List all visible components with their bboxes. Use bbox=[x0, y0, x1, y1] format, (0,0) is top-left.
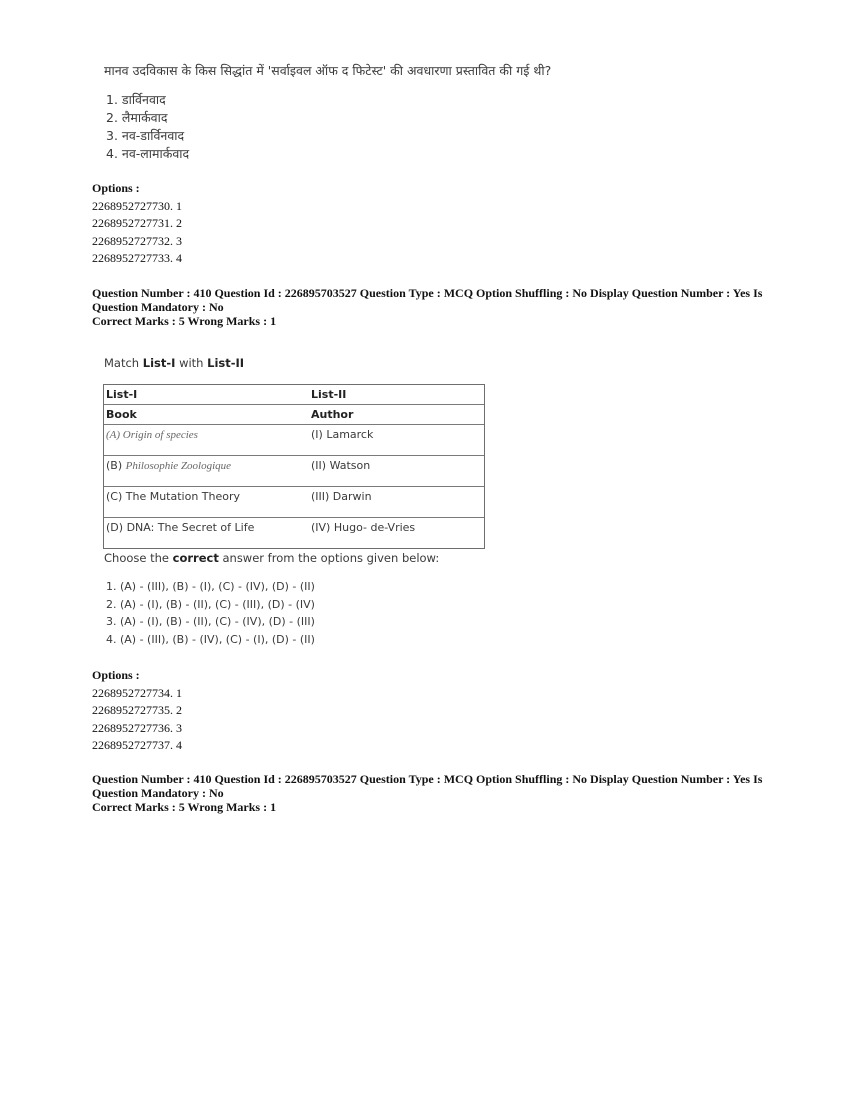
table-cell: (II) Watson bbox=[311, 459, 370, 472]
table-cell: (B) Philosophie Zoologique bbox=[106, 459, 231, 472]
table-header-row: List-I List-II bbox=[104, 385, 484, 404]
choice-item: 3. नव-डार्विनवाद bbox=[106, 127, 189, 145]
choice-item: 1. डार्विनवाद bbox=[106, 91, 189, 109]
question-1-choices: 1. डार्विनवाद 2. लैमार्कवाद 3. नव-डार्वि… bbox=[106, 91, 189, 163]
book-title: Philosophie Zoologique bbox=[126, 460, 231, 472]
question-2-title: Match List-I with List-II bbox=[104, 356, 244, 370]
book-title: The Mutation Theory bbox=[126, 490, 240, 503]
question-meta-line: Question Number : 410 Question Id : 2268… bbox=[92, 773, 772, 800]
choice-item: 4. नव-लामार्कवाद bbox=[106, 145, 189, 163]
choose-instruction: Choose the correct answer from the optio… bbox=[104, 551, 439, 565]
choice-item: 1. (A) - (III), (B) - (I), (C) - (IV), (… bbox=[106, 578, 315, 596]
options-label: Options : bbox=[92, 667, 182, 685]
table-cell: (III) Darwin bbox=[311, 490, 372, 503]
table-cell: (D) DNA: The Secret of Life bbox=[106, 521, 254, 534]
option-id: 2268952727737. 4 bbox=[92, 737, 182, 755]
table-cell: (C) The Mutation Theory bbox=[106, 490, 240, 503]
question-meta-line: Question Number : 410 Question Id : 2268… bbox=[92, 287, 772, 314]
question-meta-2: Question Number : 410 Question Id : 2268… bbox=[92, 773, 772, 815]
choose-suffix: answer from the options given below: bbox=[219, 551, 439, 565]
option-id: 2268952727733. 4 bbox=[92, 250, 182, 268]
option-id: 2268952727734. 1 bbox=[92, 685, 182, 703]
row-label: (A) bbox=[106, 429, 123, 441]
choice-item: 3. (A) - (I), (B) - (II), (C) - (IV), (D… bbox=[106, 613, 315, 631]
book-title: Origin of species bbox=[123, 429, 198, 441]
choose-prefix: Choose the bbox=[104, 551, 173, 565]
header-cell: Author bbox=[311, 408, 353, 421]
option-id: 2268952727730. 1 bbox=[92, 198, 182, 216]
header-cell: Book bbox=[106, 408, 137, 421]
choice-item: 4. (A) - (III), (B) - (IV), (C) - (I), (… bbox=[106, 631, 315, 649]
title-mid: with bbox=[175, 356, 207, 370]
option-id: 2268952727735. 2 bbox=[92, 702, 182, 720]
table-row: (C) The Mutation Theory (III) Darwin bbox=[104, 486, 484, 517]
book-title: DNA: The Secret of Life bbox=[127, 521, 255, 534]
question-2-choices: 1. (A) - (III), (B) - (I), (C) - (IV), (… bbox=[106, 578, 315, 648]
header-cell: List-I bbox=[106, 388, 137, 401]
table-row: (B) Philosophie Zoologique (II) Watson bbox=[104, 455, 484, 486]
choose-bold: correct bbox=[173, 551, 219, 565]
table-cell: (I) Lamarck bbox=[311, 428, 373, 441]
table-row: (A) Origin of species (I) Lamarck bbox=[104, 424, 484, 455]
marks-line: Correct Marks : 5 Wrong Marks : 1 bbox=[92, 801, 772, 815]
table-cell: (A) Origin of species bbox=[106, 428, 198, 441]
header-cell: List-II bbox=[311, 388, 346, 401]
title-list2: List-II bbox=[207, 356, 244, 370]
row-label: (B) bbox=[106, 459, 126, 472]
option-id: 2268952727736. 3 bbox=[92, 720, 182, 738]
table-row: (D) DNA: The Secret of Life (IV) Hugo- d… bbox=[104, 517, 484, 548]
title-list1: List-I bbox=[143, 356, 176, 370]
choice-item: 2. लैमार्कवाद bbox=[106, 109, 189, 127]
marks-line: Correct Marks : 5 Wrong Marks : 1 bbox=[92, 315, 772, 329]
title-prefix: Match bbox=[104, 356, 143, 370]
match-table: List-I List-II Book Author (A) Origin of… bbox=[103, 384, 485, 549]
question-meta-1: Question Number : 410 Question Id : 2268… bbox=[92, 287, 772, 329]
question-1-text: मानव उदविकास के किस सिद्धांत में 'सर्वाइ… bbox=[104, 62, 551, 79]
table-header-row: Book Author bbox=[104, 404, 484, 424]
option-id: 2268952727732. 3 bbox=[92, 233, 182, 251]
row-label: (C) bbox=[106, 490, 126, 503]
option-id: 2268952727731. 2 bbox=[92, 215, 182, 233]
row-label: (D) bbox=[106, 521, 127, 534]
question-2-options: Options : 2268952727734. 1 2268952727735… bbox=[92, 667, 182, 755]
table-cell: (IV) Hugo- de-Vries bbox=[311, 521, 415, 534]
question-1-options: Options : 2268952727730. 1 2268952727731… bbox=[92, 180, 182, 268]
options-label: Options : bbox=[92, 180, 182, 198]
choice-item: 2. (A) - (I), (B) - (II), (C) - (III), (… bbox=[106, 596, 315, 614]
